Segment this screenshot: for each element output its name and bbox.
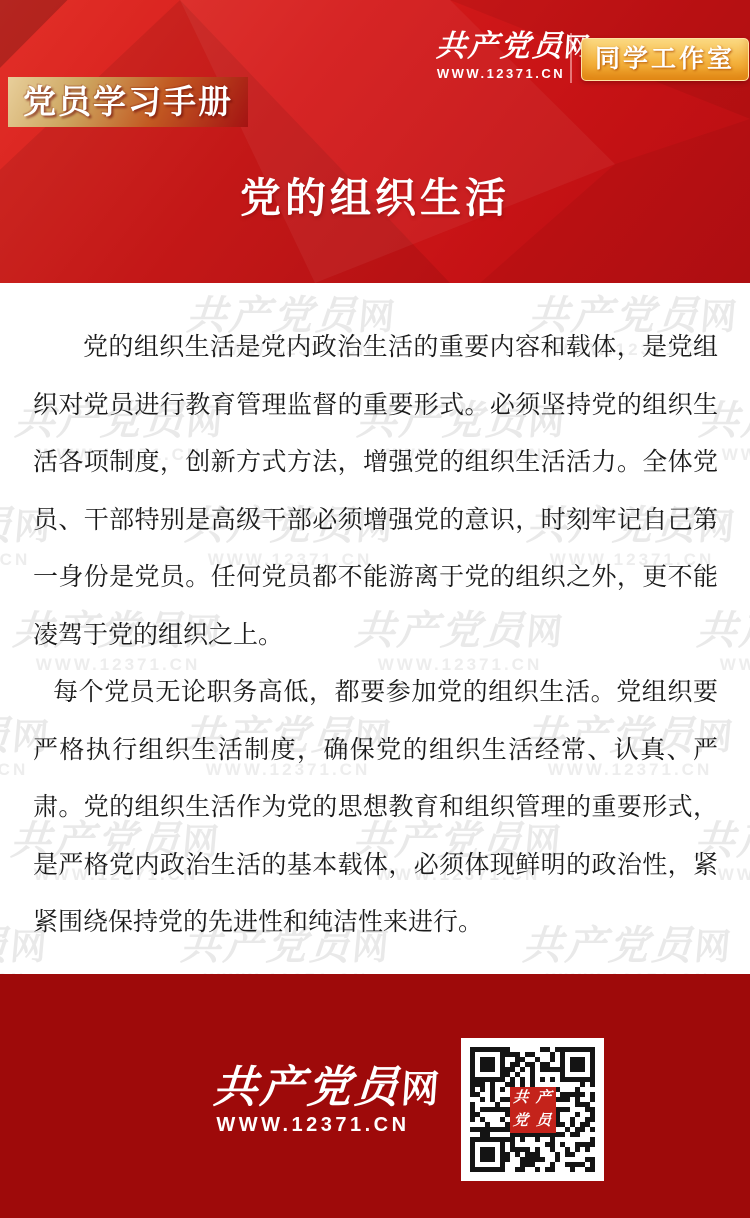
qr-center-char: 产 [536,1091,552,1106]
paragraph-2: 每个党员无论职务高低，都要参加党的组织生活。党组织要严格执行组织生活制度，确保党… [33,664,718,952]
footer-site-logo-url: WWW.12371.CN [213,1118,413,1133]
footer-logo-net-char: 网 [399,1069,440,1111]
site-logo: 共产党员网 WWW.12371.CN [436,30,566,81]
logo-calligraphy-text: 共产党员 [435,30,565,63]
studio-badge: 同学工作室 [581,38,749,81]
page-title: 党的组织生活 [0,165,750,224]
poster-page: 党员学习手册 共产党员网 WWW.12371.CN 同学工作室 党的组织生活 共… [0,0,750,1218]
footer-site-logo: 共产党员网 WWW.12371.CN [213,1064,413,1133]
logo-divider [570,33,572,83]
handbook-badge: 党员学习手册 [8,77,248,127]
site-logo-url: WWW.12371.CN [436,66,566,81]
qr-center-char: 员 [536,1114,552,1129]
body-text: 党的组织生活是党内政治生活的重要内容和载体，是党组织对党员进行教育管理监督的重要… [33,319,718,952]
footer-logo-calligraphy-text: 共产党员 [211,1063,402,1112]
paragraph-1: 党的组织生活是党内政治生活的重要内容和载体，是党组织对党员进行教育管理监督的重要… [33,319,718,664]
qr-modules: 共产党员 [470,1047,595,1172]
qr-center-logo: 共产党员 [510,1087,556,1133]
header-banner: 党员学习手册 共产党员网 WWW.12371.CN 同学工作室 党的组织生活 [0,0,750,283]
site-logo-calligraphy: 共产党员网 [435,30,567,64]
qr-center-char: 共 [513,1091,529,1106]
footer-banner: 共产党员网 WWW.12371.CN 共产党员 [0,974,750,1218]
footer-logo-calligraphy: 共产党员网 [211,1064,414,1114]
qr-center-char: 党 [513,1114,529,1129]
qr-code: 共产党员 [461,1038,604,1181]
content-area: 共产党员网WWW.12371.CN共产党员网WWW.12371.CN共产党员网W… [0,283,750,974]
qr-module [590,1167,595,1172]
